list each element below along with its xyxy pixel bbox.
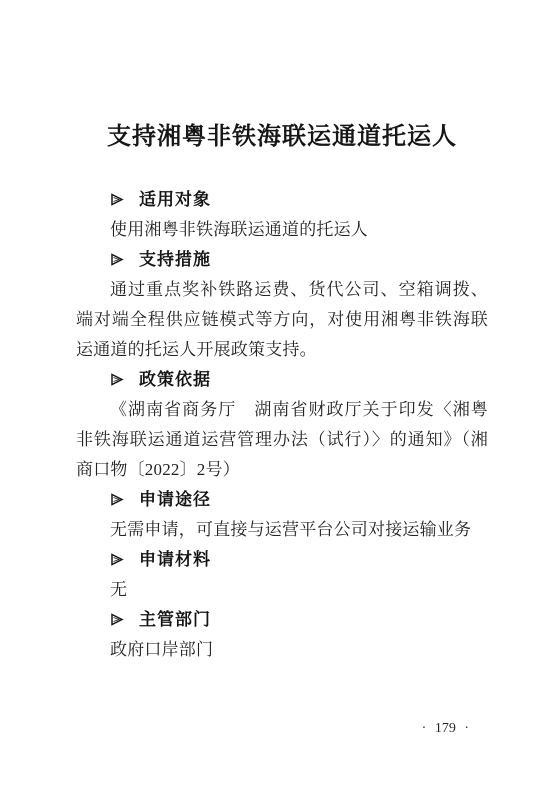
section-body: 使用湘粤非铁海联运通道的托运人 <box>76 215 488 245</box>
section-support-measures: 支持措施 通过重点奖补铁路运费、货代公司、空箱调拨、端对端全程供应链模式等方向，… <box>76 245 488 365</box>
arrow-bullet-icon <box>110 485 124 515</box>
arrow-bullet-icon <box>110 365 124 395</box>
section-body: 通过重点奖补铁路运费、货代公司、空箱调拨、端对端全程供应链模式等方向，对使用湘粤… <box>76 275 488 365</box>
section-heading: 申请材料 <box>76 545 488 575</box>
sections-container: 适用对象 使用湘粤非铁海联运通道的托运人 支持措施 通过重点奖补铁路运费、货代公… <box>76 185 488 665</box>
arrow-bullet-icon <box>110 605 124 635</box>
section-body: 无 <box>76 575 488 605</box>
page-content: 支持湘粤非铁海联运通道托运人 适用对象 使用湘粤非铁海联运通道的托运人 支持措施… <box>76 0 488 665</box>
section-heading-label: 主管部门 <box>139 610 211 629</box>
section-body: 无需申请，可直接与运营平台公司对接运输业务 <box>76 515 488 545</box>
section-heading: 主管部门 <box>76 605 488 635</box>
section-heading: 申请途径 <box>76 485 488 515</box>
section-heading-label: 申请材料 <box>139 550 211 569</box>
section-responsible-department: 主管部门 政府口岸部门 <box>76 605 488 665</box>
page-number: · 179 · <box>422 720 469 738</box>
section-policy-basis: 政策依据 《湖南省商务厅 湖南省财政厅关于印发〈湘粤非铁海联运通道运营管理办法（… <box>76 365 488 485</box>
page-title: 支持湘粤非铁海联运通道托运人 <box>76 119 488 155</box>
arrow-bullet-icon <box>110 245 124 275</box>
section-application-channel: 申请途径 无需申请，可直接与运营平台公司对接运输业务 <box>76 485 488 545</box>
section-heading: 支持措施 <box>76 245 488 275</box>
section-body: 政府口岸部门 <box>76 635 488 665</box>
arrow-bullet-icon <box>110 185 124 215</box>
section-heading-label: 政策依据 <box>139 370 211 389</box>
document-page: 支持湘粤非铁海联运通道托运人 适用对象 使用湘粤非铁海联运通道的托运人 支持措施… <box>0 0 559 793</box>
section-heading: 适用对象 <box>76 185 488 215</box>
section-applicable-target: 适用对象 使用湘粤非铁海联运通道的托运人 <box>76 185 488 245</box>
section-heading: 政策依据 <box>76 365 488 395</box>
section-application-materials: 申请材料 无 <box>76 545 488 605</box>
section-heading-label: 适用对象 <box>139 190 211 209</box>
arrow-bullet-icon <box>110 545 124 575</box>
section-heading-label: 支持措施 <box>139 250 211 269</box>
section-heading-label: 申请途径 <box>139 490 211 509</box>
section-body: 《湖南省商务厅 湖南省财政厅关于印发〈湘粤非铁海联运通道运营管理办法（试行）〉的… <box>76 395 488 485</box>
